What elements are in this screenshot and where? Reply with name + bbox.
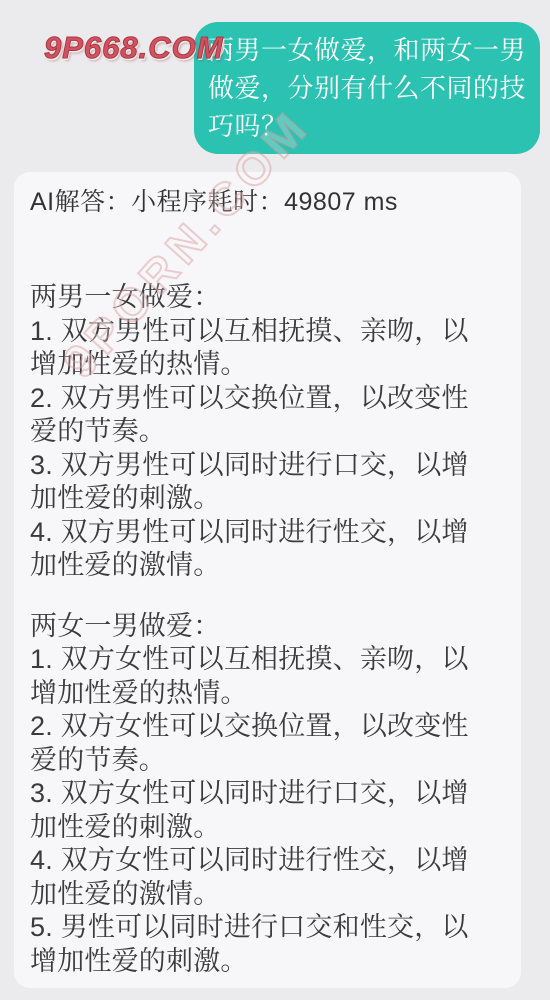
text-line: 3. 双方男性可以同时进行口交，以增 (30, 449, 505, 483)
answer-section-2: 两女一男做爱： 1. 双方女性可以互相抚摸、亲吻，以增加性爱的热情。2. 双方女… (30, 610, 505, 979)
text-line: 爱的节奏。 (30, 415, 505, 449)
text-line: 2. 双方女性可以交换位置，以改变性 (30, 710, 505, 744)
text-line: 爱的节奏。 (30, 744, 505, 778)
text-line: 加性爱的激情。 (30, 878, 505, 912)
text-line: 加性爱的刺激。 (30, 482, 505, 516)
text-line: 做爱，分别有什么不同的技 (208, 69, 526, 107)
ai-answer-meta: AI解答：小程序耗时：49807 ms (30, 186, 505, 219)
answer-section-1: 两男一女做爱： 1. 双方男性可以互相抚摸、亲吻，以增加性爱的热情。2. 双方男… (30, 281, 505, 583)
section-2-lines: 1. 双方女性可以互相抚摸、亲吻，以增加性爱的热情。2. 双方女性可以交换位置，… (30, 643, 505, 978)
corner-site-watermark: 9P668.COM (44, 30, 224, 66)
text-line: 增加性爱的热情。 (30, 348, 505, 382)
text-line: 巧吗？ (208, 107, 526, 145)
text-line: 增加性爱的热情。 (30, 677, 505, 711)
text-line: 4. 双方女性可以同时进行性交，以增 (30, 844, 505, 878)
text-line: 4. 双方男性可以同时进行性交，以增 (30, 516, 505, 550)
text-line: 增加性爱的刺激。 (30, 945, 505, 979)
section-2-title: 两女一男做爱： (30, 610, 505, 644)
text-line: 1. 双方男性可以互相抚摸、亲吻，以 (30, 315, 505, 349)
chat-screen: 9P668.COM 两男一女做爱，和两女一男做爱，分别有什么不同的技巧吗？ 9P… (0, 0, 550, 1000)
text-line: 加性爱的刺激。 (30, 811, 505, 845)
section-1-title: 两男一女做爱： (30, 281, 505, 315)
text-line: 加性爱的激情。 (30, 549, 505, 583)
text-line: 3. 双方女性可以同时进行口交，以增 (30, 777, 505, 811)
text-line: 两男一女做爱，和两女一男 (208, 31, 526, 69)
question-message-bubble: 两男一女做爱，和两女一男做爱，分别有什么不同的技巧吗？ (194, 22, 540, 154)
text-line: 2. 双方男性可以交换位置，以改变性 (30, 382, 505, 416)
ai-answer-card: AI解答：小程序耗时：49807 ms 两男一女做爱： 1. 双方男性可以互相抚… (14, 172, 521, 988)
text-line: 5. 男性可以同时进行口交和性交，以 (30, 911, 505, 945)
text-line: 1. 双方女性可以互相抚摸、亲吻，以 (30, 643, 505, 677)
section-1-lines: 1. 双方男性可以互相抚摸、亲吻，以增加性爱的热情。2. 双方男性可以交换位置，… (30, 315, 505, 583)
